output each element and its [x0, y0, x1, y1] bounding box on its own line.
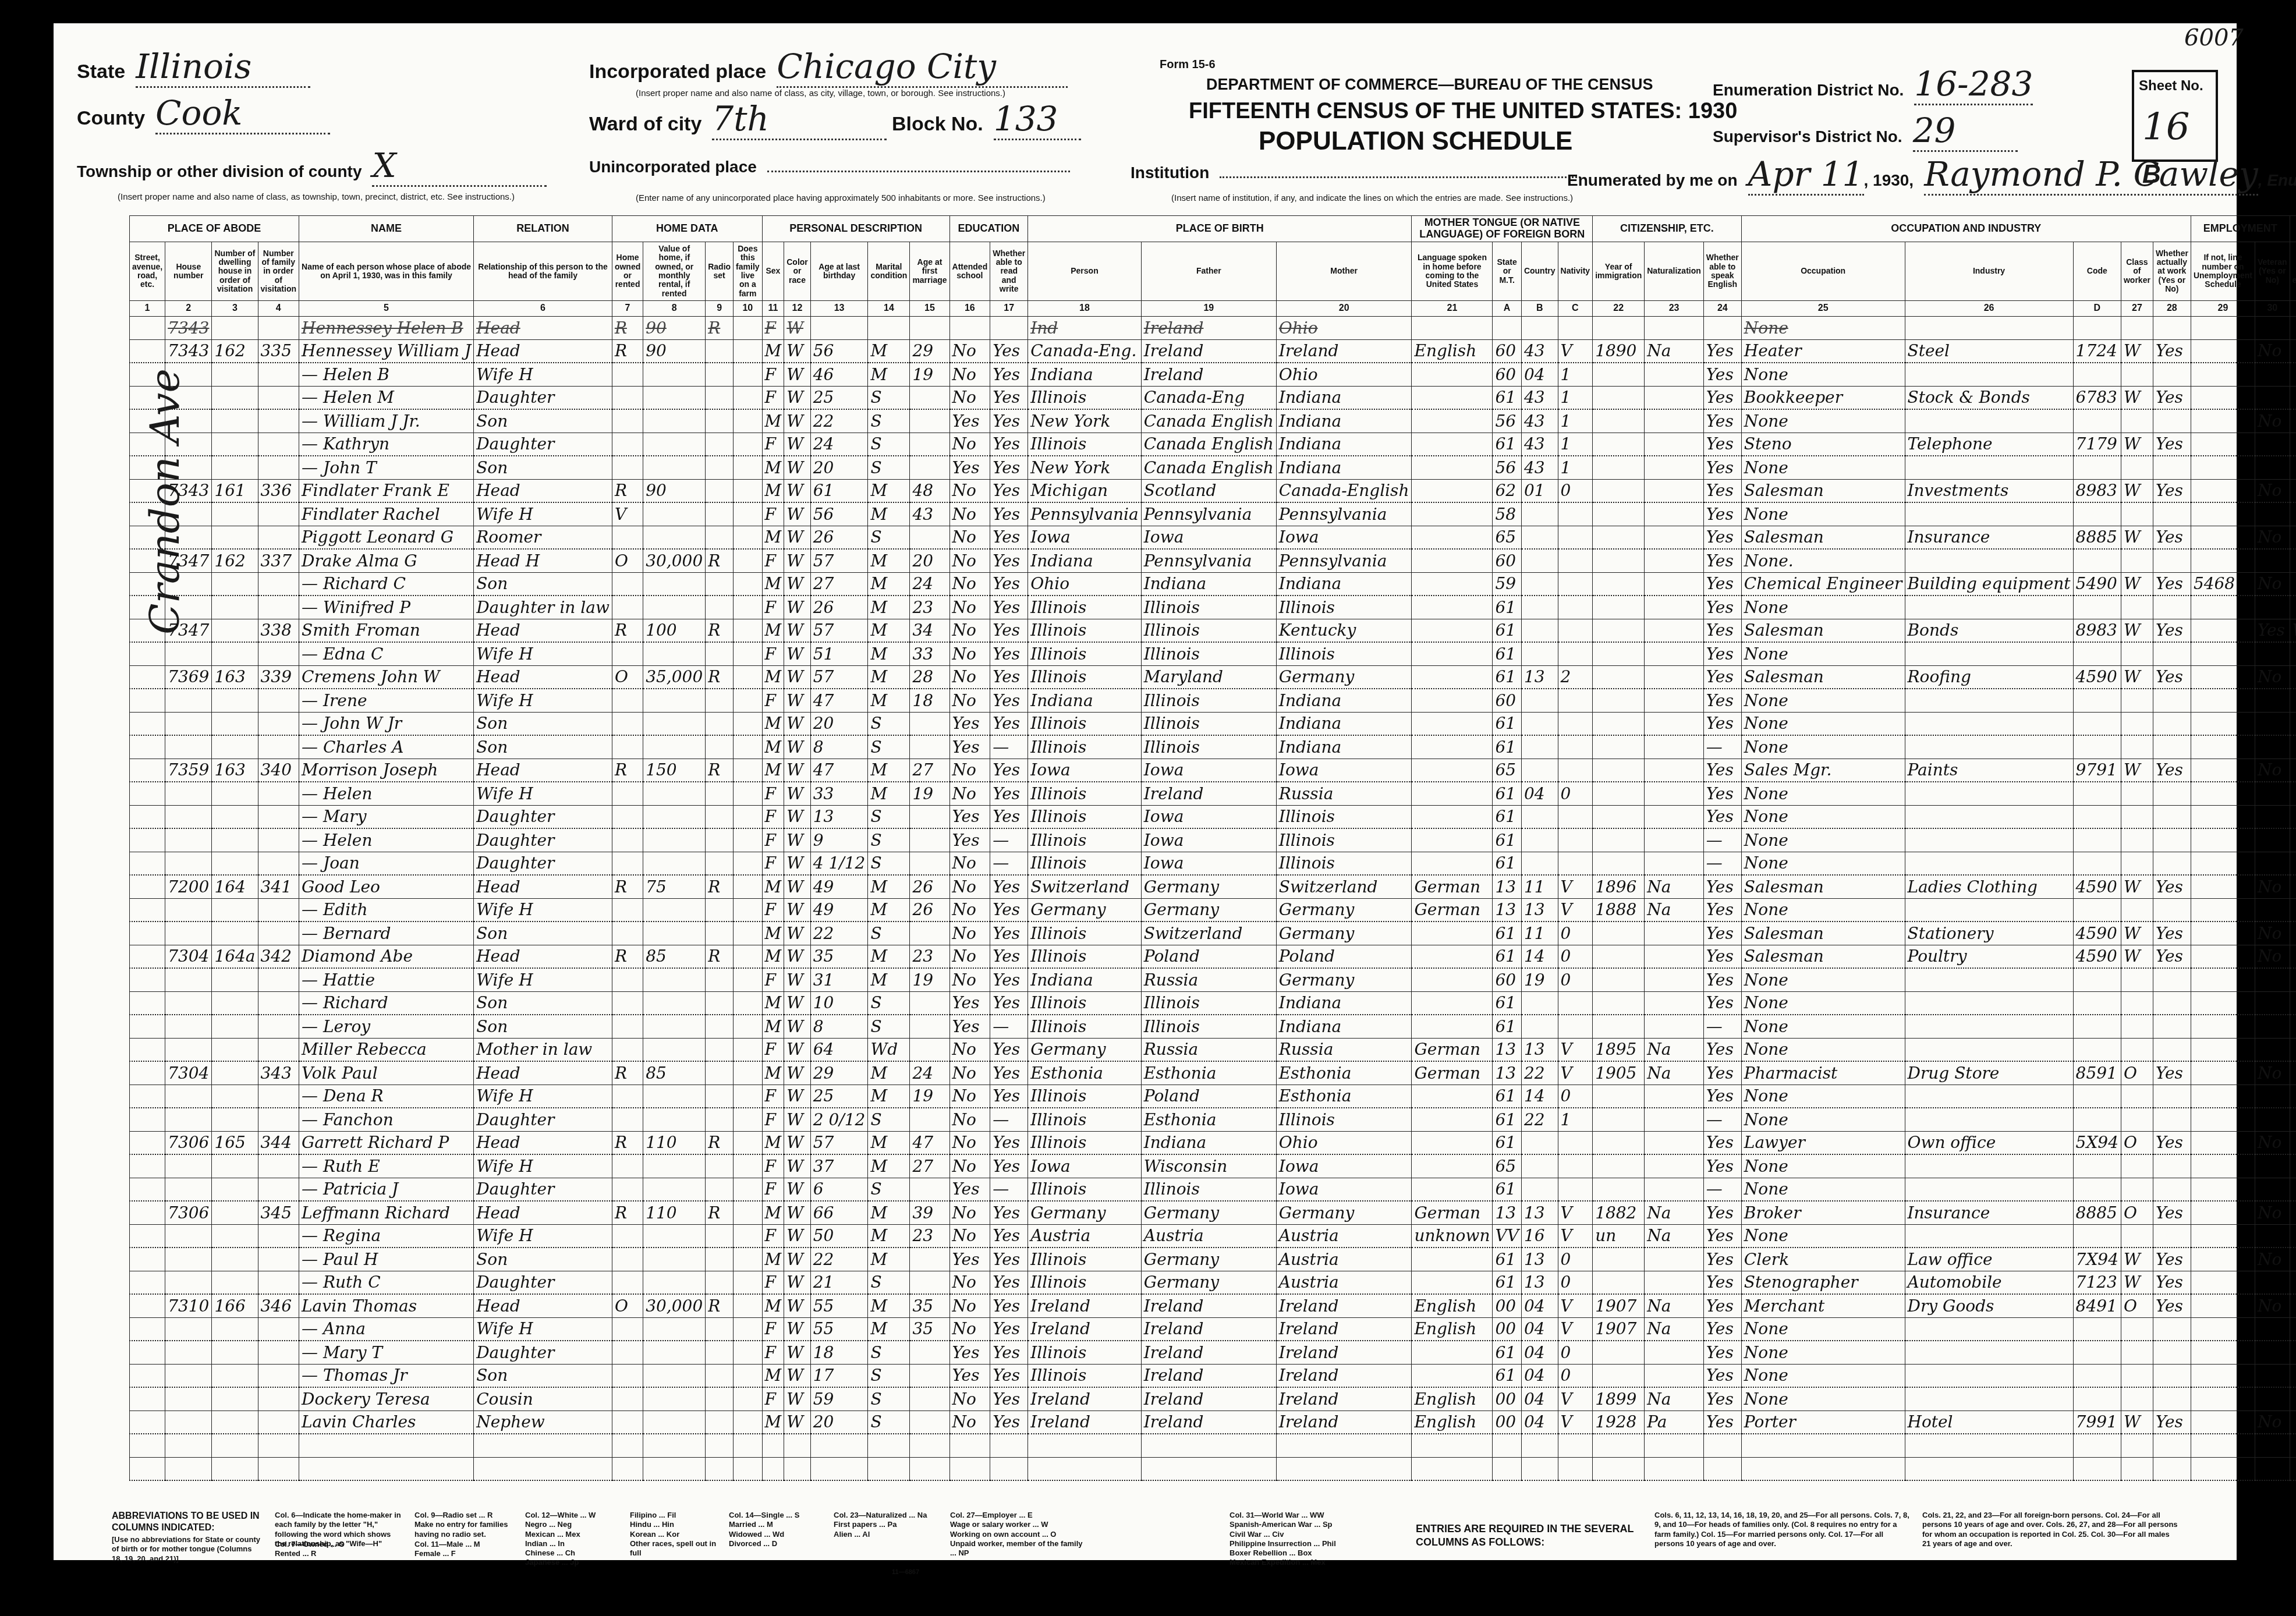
- cell-mother-birth: Ireland: [1276, 1411, 1412, 1434]
- cell-house: [165, 1317, 212, 1341]
- person-name: — Joan: [299, 852, 474, 875]
- cell-lang: [1412, 852, 1493, 875]
- cell-family: [258, 1085, 299, 1108]
- cell-occ: None: [1741, 968, 1905, 991]
- person-name: Findlater Rachel: [299, 502, 474, 526]
- cell-nat: [1645, 968, 1704, 991]
- cell-house: 7306: [165, 1131, 212, 1154]
- cell-radio: [706, 968, 734, 991]
- cell-birth: Ireland: [1028, 1294, 1142, 1317]
- cell-dwelling: [212, 1248, 258, 1271]
- cell-code: [2073, 549, 2121, 572]
- cell-street: [130, 456, 165, 479]
- cell-lang: English: [1412, 1387, 1493, 1411]
- cell-B: 22: [1521, 1061, 1558, 1085]
- cell-father-birth: Illinois: [1141, 596, 1276, 619]
- cell-race: W: [784, 1108, 811, 1131]
- cell-mother-birth: Ohio: [1276, 1131, 1412, 1154]
- cell-war: [2290, 852, 2296, 875]
- cell-nat: [1645, 689, 1704, 712]
- cell-occ: None: [1741, 409, 1905, 433]
- cell-code: [2073, 689, 2121, 712]
- cell-occ: Pharmacist: [1741, 1061, 1905, 1085]
- cell-family: [258, 386, 299, 409]
- cell-relation: Wife H: [474, 1224, 612, 1248]
- cell-school: No: [949, 1317, 990, 1341]
- cell-mother-birth: Ireland: [1276, 339, 1412, 363]
- column-number: 25: [1741, 301, 1905, 317]
- cell-nat: [1645, 1178, 1704, 1201]
- cell-unemp: [2191, 898, 2255, 922]
- cell-age: 57: [810, 619, 868, 642]
- cell-occ: Salesman: [1741, 619, 1905, 642]
- cell-marital: M: [868, 502, 910, 526]
- cell-mother-birth: Ireland: [1276, 1387, 1412, 1411]
- cell-nat: [1645, 1154, 1704, 1178]
- cell-vet: [2255, 1224, 2290, 1248]
- cell-farm: [734, 317, 762, 340]
- cell-school: [949, 1457, 990, 1480]
- cell-birth: Illinois: [1028, 712, 1142, 735]
- cell-sex: M: [762, 479, 784, 502]
- cell-imm: [1593, 1154, 1645, 1178]
- cell-read: Yes: [990, 549, 1028, 572]
- cell-war: [2290, 317, 2296, 340]
- cell-sex: M: [762, 1294, 784, 1317]
- cell-age: [810, 1457, 868, 1480]
- cell-code: 8983: [2073, 619, 2121, 642]
- cell-code: 4590: [2073, 922, 2121, 945]
- cell-dwelling: [212, 1154, 258, 1178]
- cell-house: [165, 1178, 212, 1201]
- column-number: 31: [2290, 301, 2296, 317]
- cell-school: No: [949, 526, 990, 549]
- cell-family: 336: [258, 479, 299, 502]
- cell-family: [258, 409, 299, 433]
- cell-vet: [2255, 502, 2290, 526]
- cell-ind: [1905, 549, 2073, 572]
- cell-school: Yes: [949, 456, 990, 479]
- cell-value: [643, 1038, 706, 1061]
- cell-war: [2290, 1364, 2296, 1387]
- cell-relation: Wife H: [474, 1085, 612, 1108]
- cell-race: W: [784, 805, 811, 828]
- cell-age: 9: [810, 828, 868, 852]
- cell-birth: Illinois: [1028, 386, 1142, 409]
- cell-lang: [1412, 1364, 1493, 1387]
- cell-C: 0: [1558, 922, 1593, 945]
- cell-eng: Yes: [1703, 596, 1741, 619]
- cell-father-birth: Illinois: [1141, 642, 1276, 665]
- cell-vet: [2255, 1317, 2290, 1341]
- cell-lang: [1412, 1015, 1493, 1038]
- cell-age-marr: [910, 1387, 949, 1411]
- cell-house: [165, 712, 212, 735]
- cell-sex: [762, 1434, 784, 1457]
- cell-A: 61: [1493, 782, 1521, 805]
- cell-A: 56: [1493, 456, 1521, 479]
- cell-value: [643, 1387, 706, 1411]
- census-row: Lavin CharlesNephewMW20SNoYesIrelandIrel…: [130, 1411, 2296, 1434]
- cell-A: 61: [1493, 619, 1521, 642]
- cell-B: 04: [1521, 1411, 1558, 1434]
- cell-lang: [1412, 363, 1493, 386]
- census-row: 7347162337Drake Alma GHead HO30,000RFW57…: [130, 549, 2296, 572]
- cell-age: 22: [810, 1248, 868, 1271]
- cell-radio: [706, 1178, 734, 1201]
- cell-marital: M: [868, 1085, 910, 1108]
- column-number: 6: [474, 301, 612, 317]
- cell-eng: Yes: [1703, 386, 1741, 409]
- cell-eng: Yes: [1703, 572, 1741, 596]
- column-label: Language spoken in home before coming to…: [1412, 242, 1493, 301]
- cell-marital: S: [868, 1108, 910, 1131]
- cell-house: 7343: [165, 317, 212, 340]
- cell-nat: [1645, 922, 1704, 945]
- cell-marital: M: [868, 1224, 910, 1248]
- cell-B: 43: [1521, 386, 1558, 409]
- cell-eng: Yes: [1703, 549, 1741, 572]
- cell-unemp: [2191, 665, 2255, 689]
- cell-mother-birth: Canada-English: [1276, 479, 1412, 502]
- cell-vet: [2255, 433, 2290, 456]
- cell-cls: W: [2121, 339, 2153, 363]
- cell-cls: [2121, 502, 2153, 526]
- person-name: — Irene: [299, 689, 474, 712]
- cell-ind: Law office: [1905, 1248, 2073, 1271]
- cell-farm: [734, 1201, 762, 1224]
- column-group: RELATION: [474, 216, 612, 242]
- cell-read: Yes: [990, 689, 1028, 712]
- cell-ind: [1905, 689, 2073, 712]
- cell-read: [990, 1434, 1028, 1457]
- cell-war: [2290, 828, 2296, 852]
- cell-school: Yes: [949, 1015, 990, 1038]
- cell-cls: [2121, 1341, 2153, 1364]
- cell-occ: None: [1741, 456, 1905, 479]
- cell-unemp: 5468: [2191, 572, 2255, 596]
- column-group: EDUCATION: [949, 216, 1028, 242]
- cell-imm: [1593, 712, 1645, 735]
- cell-street: [130, 712, 165, 735]
- cell-house: 7347: [165, 549, 212, 572]
- census-row: — Charles ASonMW8SYes—IllinoisIllinoisIn…: [130, 735, 2296, 759]
- column-number: 21: [1412, 301, 1493, 317]
- cell-cls: [2121, 409, 2153, 433]
- cell-eng: Yes: [1703, 1364, 1741, 1387]
- cell-house: 7343: [165, 479, 212, 502]
- cell-father-birth: Indiana: [1141, 1131, 1276, 1154]
- cell-A: 13: [1493, 898, 1521, 922]
- cell-age-marr: 35: [910, 1294, 949, 1317]
- cell-sex: M: [762, 339, 784, 363]
- cell-lang: unknown: [1412, 1224, 1493, 1248]
- census-row: — Thomas JrSonMW17SYesYesIllinoisIreland…: [130, 1364, 2296, 1387]
- enumerator-name: Raymond P. Cawley: [1924, 154, 2258, 196]
- cell-house: 7369: [165, 665, 212, 689]
- cell-street: [130, 1457, 165, 1480]
- cell-ind: [1905, 363, 2073, 386]
- cell-lang: [1412, 968, 1493, 991]
- cell-owned: [612, 1317, 643, 1341]
- cell-C: V: [1558, 339, 1593, 363]
- cell-sex: M: [762, 409, 784, 433]
- cell-age-marr: [910, 735, 949, 759]
- column-label: Radio set: [706, 242, 734, 301]
- cell-value: 85: [643, 945, 706, 968]
- abbreviations-note: [Use no abbreviations for State or count…: [112, 1535, 263, 1564]
- census-row: — KathrynDaughterFW24SNoYesIllinoisCanad…: [130, 433, 2296, 456]
- supervisor-value: 29: [1913, 111, 2018, 152]
- cell-nat: Na: [1645, 1038, 1704, 1061]
- cell-read: Yes: [990, 1364, 1028, 1387]
- cell-A: 59: [1493, 572, 1521, 596]
- incorporated-value: Chicago City: [777, 47, 1068, 88]
- cell-age: 13: [810, 805, 868, 828]
- cell-unemp: [2191, 1038, 2255, 1061]
- column-number: 13: [810, 301, 868, 317]
- person-name: Leffmann Richard: [299, 1201, 474, 1224]
- cell-ind: [1905, 782, 2073, 805]
- cell-eng: Yes: [1703, 665, 1741, 689]
- column-label: Name of each person whose place of abode…: [299, 242, 474, 301]
- cell-relation: Daughter: [474, 1271, 612, 1294]
- cell-unemp: [2191, 782, 2255, 805]
- cell-C: V: [1558, 875, 1593, 898]
- cell-school: Yes: [949, 1341, 990, 1364]
- cell-owned: [612, 1015, 643, 1038]
- cell-family: [258, 991, 299, 1015]
- cell-marital: S: [868, 1364, 910, 1387]
- cell-read: Yes: [990, 572, 1028, 596]
- cell-C: V: [1558, 1294, 1593, 1317]
- cell-nat: [1645, 805, 1704, 828]
- cell-unemp: [2191, 1131, 2255, 1154]
- cell-occ: None: [1741, 1178, 1905, 1201]
- cell-read: Yes: [990, 596, 1028, 619]
- cell-family: 337: [258, 549, 299, 572]
- column-label: Nativity: [1558, 242, 1593, 301]
- column-number: 11: [762, 301, 784, 317]
- cell-house: [165, 852, 212, 875]
- cell-eng: Yes: [1703, 1201, 1741, 1224]
- cell-work: Yes: [2153, 526, 2191, 549]
- cell-unemp: [2191, 619, 2255, 642]
- cell-ind: Paints: [1905, 759, 2073, 782]
- cell-father-birth: Scotland: [1141, 479, 1276, 502]
- cell-marital: S: [868, 735, 910, 759]
- cell-lang: [1412, 479, 1493, 502]
- cell-work: Yes: [2153, 922, 2191, 945]
- cell-mother-birth: Kentucky: [1276, 619, 1412, 642]
- cell-imm: 1890: [1593, 339, 1645, 363]
- cell-C: 0: [1558, 945, 1593, 968]
- cell-ind: Drug Store: [1905, 1061, 2073, 1085]
- cell-farm: [734, 1294, 762, 1317]
- cell-marital: M: [868, 898, 910, 922]
- cell-lang: German: [1412, 898, 1493, 922]
- cell-occ: Steno: [1741, 433, 1905, 456]
- cell-house: [165, 456, 212, 479]
- cell-code: 8491: [2073, 1294, 2121, 1317]
- cell-value: [643, 502, 706, 526]
- cell-street: [130, 945, 165, 968]
- cell-family: [258, 363, 299, 386]
- column-label: House number: [165, 242, 212, 301]
- column-number: 29: [2191, 301, 2255, 317]
- cell-B: 04: [1521, 1341, 1558, 1364]
- cell-birth: Esthonia: [1028, 1061, 1142, 1085]
- cell-war: [2290, 991, 2296, 1015]
- cell-sex: M: [762, 1131, 784, 1154]
- cell-ind: Own office: [1905, 1131, 2073, 1154]
- cell-work: [2153, 1364, 2191, 1387]
- cell-school: No: [949, 386, 990, 409]
- cell-work: Yes: [2153, 665, 2191, 689]
- cell-sex: M: [762, 1201, 784, 1224]
- cell-race: W: [784, 572, 811, 596]
- cell-marital: S: [868, 456, 910, 479]
- cell-marital: M: [868, 689, 910, 712]
- cell-age: [810, 317, 868, 340]
- cell-dwelling: [212, 526, 258, 549]
- cell-A: 61: [1493, 991, 1521, 1015]
- cell-war: [2290, 898, 2296, 922]
- cell-radio: [706, 1154, 734, 1178]
- cell-sex: F: [762, 782, 784, 805]
- cell-work: Yes: [2153, 1061, 2191, 1085]
- cell-school: Yes: [949, 805, 990, 828]
- cell-code: [2073, 1015, 2121, 1038]
- cell-work: [2153, 712, 2191, 735]
- block-field: Block No.133: [892, 99, 1081, 140]
- cell-work: Yes: [2153, 572, 2191, 596]
- cell-C: [1558, 549, 1593, 572]
- census-row: — HelenDaughterFW9SYes—IllinoisIowaIllin…: [130, 828, 2296, 852]
- cell-age-marr: [910, 317, 949, 340]
- cell-A: 60: [1493, 339, 1521, 363]
- cell-work: [2153, 502, 2191, 526]
- cell-relation: Nephew: [474, 1411, 612, 1434]
- cell-dwelling: [212, 1364, 258, 1387]
- cell-birth: Indiana: [1028, 968, 1142, 991]
- cell-C: [1558, 1015, 1593, 1038]
- cell-age: 6: [810, 1178, 868, 1201]
- cell-eng: Yes: [1703, 759, 1741, 782]
- cell-house: [165, 1015, 212, 1038]
- cell-cls: [2121, 1364, 2153, 1387]
- cell-marital: M: [868, 572, 910, 596]
- cell-father-birth: Iowa: [1141, 526, 1276, 549]
- column-label: If not, line number on Unemployment Sche…: [2191, 242, 2255, 301]
- cell-mother-birth: [1276, 1434, 1412, 1457]
- cell-value: [643, 735, 706, 759]
- cell-B: 13: [1521, 665, 1558, 689]
- census-row: 7343Hennessey Helen BHeadR90RFWIndIrelan…: [130, 317, 2296, 340]
- cell-occ: None: [1741, 1085, 1905, 1108]
- column-number: 8: [643, 301, 706, 317]
- cell-owned: [612, 828, 643, 852]
- cell-eng: Yes: [1703, 1271, 1741, 1294]
- cell-radio: [706, 386, 734, 409]
- cell-birth: Ohio: [1028, 572, 1142, 596]
- cell-farm: [734, 1154, 762, 1178]
- census-row: Piggott Leonard GRoomerMW26SNoYesIowaIow…: [130, 526, 2296, 549]
- cell-war: [2290, 363, 2296, 386]
- cell-code: [2073, 1317, 2121, 1341]
- cell-race: W: [784, 433, 811, 456]
- cell-father-birth: Iowa: [1141, 828, 1276, 852]
- cell-eng: —: [1703, 828, 1741, 852]
- cell-vet: [2255, 782, 2290, 805]
- cell-house: [165, 363, 212, 386]
- cell-code: 4590: [2073, 945, 2121, 968]
- cell-marital: M: [868, 363, 910, 386]
- cell-B: [1521, 689, 1558, 712]
- cell-eng: Yes: [1703, 991, 1741, 1015]
- cell-B: [1521, 317, 1558, 340]
- cell-B: [1521, 1015, 1558, 1038]
- cell-sex: F: [762, 1108, 784, 1131]
- cell-code: 9791: [2073, 759, 2121, 782]
- person-name: — Helen: [299, 828, 474, 852]
- cell-A: 61: [1493, 852, 1521, 875]
- cell-mother-birth: Indiana: [1276, 386, 1412, 409]
- cell-age: 59: [810, 1387, 868, 1411]
- cell-farm: [734, 1061, 762, 1085]
- cell-birth: Illinois: [1028, 852, 1142, 875]
- cell-imm: [1593, 665, 1645, 689]
- cell-age: 49: [810, 875, 868, 898]
- cell-dwelling: [212, 1201, 258, 1224]
- census-row: Dockery TeresaCousinFW59SNoYesIrelandIre…: [130, 1387, 2296, 1411]
- cell-birth: Iowa: [1028, 526, 1142, 549]
- cell-eng: Yes: [1703, 456, 1741, 479]
- cell-marital: S: [868, 1411, 910, 1434]
- cell-radio: [706, 991, 734, 1015]
- cell-birth: Illinois: [1028, 945, 1142, 968]
- cell-code: [2073, 735, 2121, 759]
- cell-C: 2: [1558, 665, 1593, 689]
- cell-farm: [734, 1015, 762, 1038]
- cell-school: Yes: [949, 991, 990, 1015]
- cell-school: No: [949, 1154, 990, 1178]
- cell-vet: No: [2255, 1294, 2290, 1317]
- cell-work: Yes: [2153, 619, 2191, 642]
- cell-ind: [1905, 898, 2073, 922]
- cell-code: [2073, 1457, 2121, 1480]
- cell-ind: [1905, 502, 2073, 526]
- ed-value: 16-283: [1914, 64, 2033, 105]
- cell-cls: W: [2121, 945, 2153, 968]
- cell-relation: Wife H: [474, 642, 612, 665]
- cell-owned: [612, 596, 643, 619]
- cell-unemp: [2191, 1411, 2255, 1434]
- cell-dwelling: 163: [212, 665, 258, 689]
- cell-street: [130, 1131, 165, 1154]
- cell-lang: [1412, 502, 1493, 526]
- person-name: — Richard: [299, 991, 474, 1015]
- cell-race: W: [784, 1085, 811, 1108]
- cell-read: —: [990, 852, 1028, 875]
- cell-radio: [706, 526, 734, 549]
- schedule-title: POPULATION SCHEDULE: [1259, 127, 1572, 156]
- cell-street: [130, 619, 165, 642]
- cell-age: 25: [810, 1085, 868, 1108]
- cell-sex: F: [762, 1271, 784, 1294]
- cell-marital: M: [868, 1294, 910, 1317]
- cell-ind: Automobile: [1905, 1271, 2073, 1294]
